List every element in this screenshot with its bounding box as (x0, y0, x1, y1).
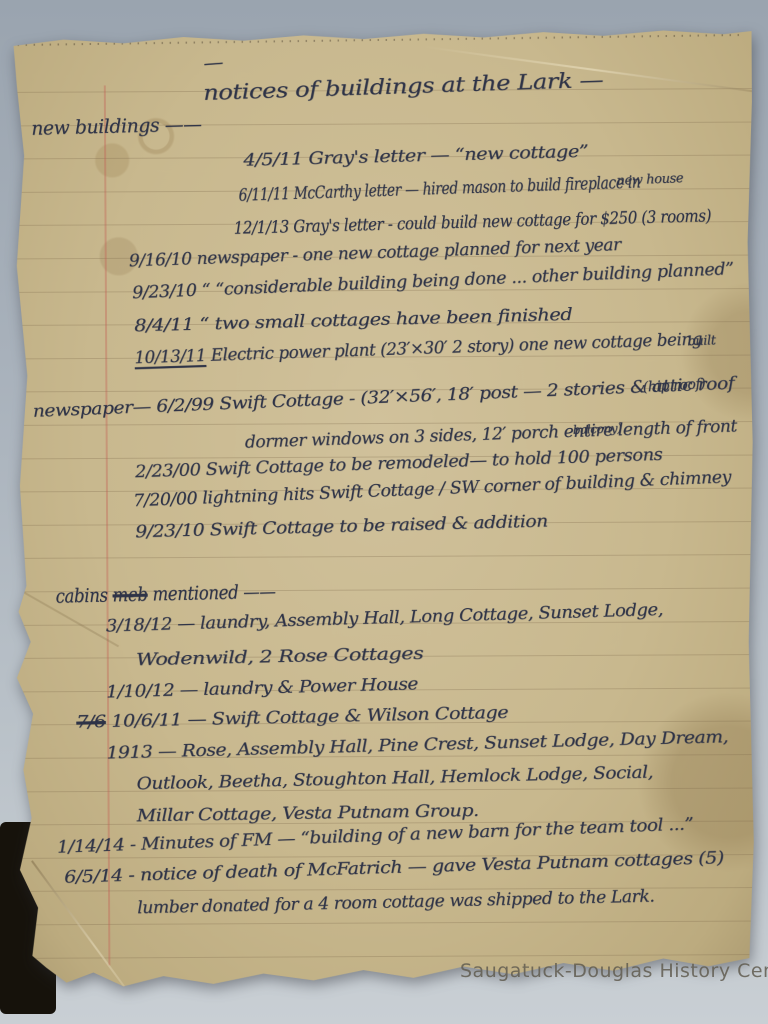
handwritten-text: cabins (55, 584, 112, 607)
crossed-out-text: meb (112, 584, 147, 607)
handwritten-text: — (202, 49, 223, 74)
paper-wrap: —notices of buildings at the Lark —new b… (3, 22, 758, 988)
crossed-out-text: 7/6 (76, 712, 106, 733)
stray-dash: — (203, 51, 224, 72)
heading-cabins-mentioned: cabins meb mentioned —— (55, 583, 275, 607)
heading-new-buildings: new buildings —— (31, 115, 202, 138)
handwritten-text: 10/13/11 (134, 346, 206, 368)
paper-document: —notices of buildings at the Lark —new b… (3, 22, 758, 988)
watermark: Saugatuck-Douglas History Center (460, 960, 768, 982)
handwritten-text: mentioned —— (147, 581, 276, 606)
handwritten-text: new buildings —— (31, 113, 202, 139)
photographed-document-scene: —notices of buildings at the Lark —new b… (0, 0, 768, 1024)
perforated-edge (18, 34, 742, 46)
manuscript: —notices of buildings at the Lark —new b… (3, 22, 753, 26)
